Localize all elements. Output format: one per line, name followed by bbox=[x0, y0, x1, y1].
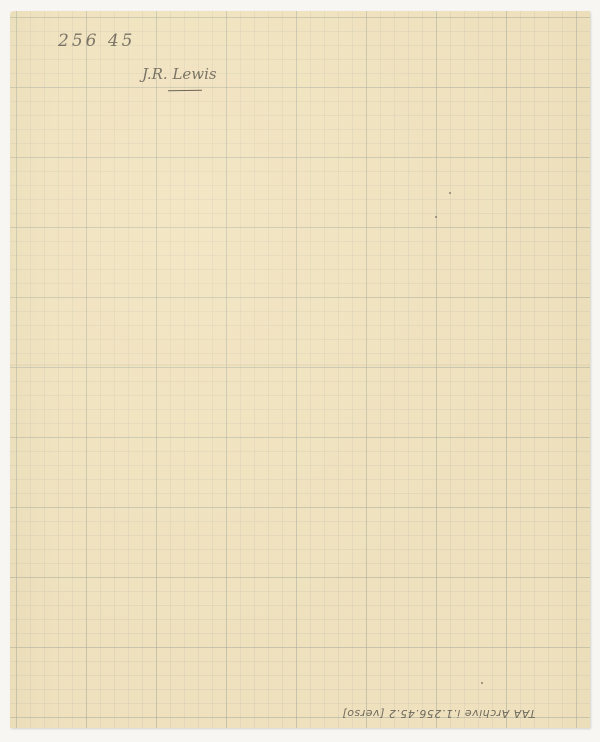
archive-reference-note: TAA Archive i.1.256.45.2 [verso] bbox=[342, 707, 536, 720]
paper-tone-overlay bbox=[10, 11, 590, 728]
paper-speck bbox=[449, 192, 451, 194]
paper-speck bbox=[481, 682, 483, 684]
handwritten-reference-number: 256 45 bbox=[58, 31, 135, 51]
paper-fold-line bbox=[10, 363, 590, 367]
graph-paper-sheet: 256 45 J.R. Lewis TAA Archive i.1.256.45… bbox=[10, 11, 590, 728]
paper-speck bbox=[435, 216, 437, 218]
signature-underline bbox=[168, 90, 202, 92]
handwritten-signature: J.R. Lewis bbox=[142, 65, 217, 83]
